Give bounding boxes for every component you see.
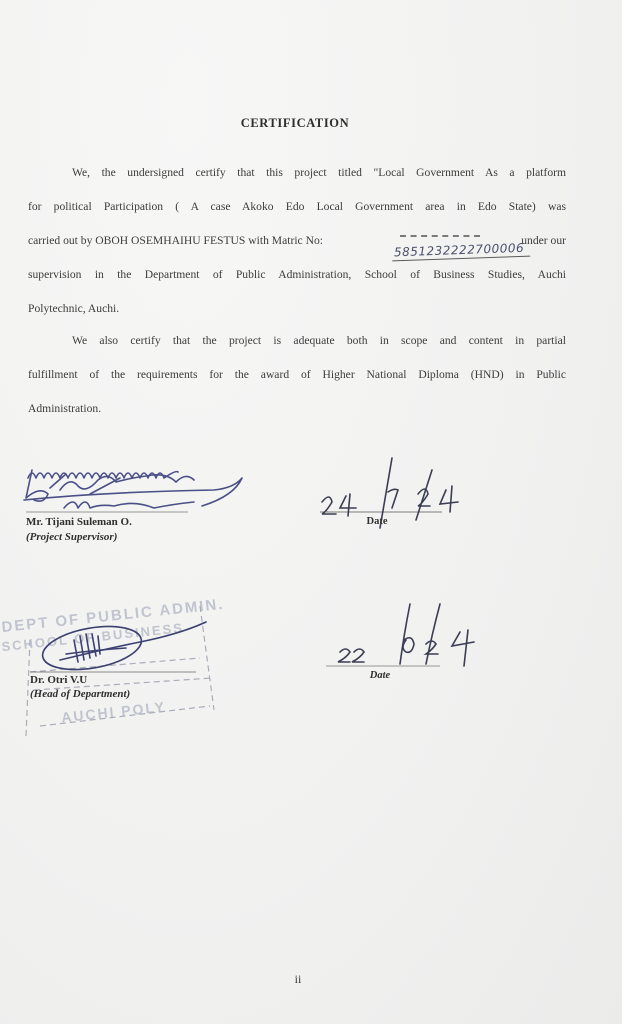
document-page: CERTIFICATION We, the undersigned certif… xyxy=(0,0,622,1024)
paragraph-line: We, the undersigned certify that this pr… xyxy=(28,156,566,190)
matric-intro-text: carried out by OBOH OSEMHAIHU FESTUS wit… xyxy=(28,234,323,247)
supervisor-signature-block: Mr. Tijani Suleman O. (Project Superviso… xyxy=(26,516,132,543)
paragraph-line: for political Participation ( A case Ako… xyxy=(28,190,566,224)
hod-date-block: Date xyxy=(326,670,440,681)
supervisor-date-block: Date xyxy=(320,516,442,527)
page-title: CERTIFICATION xyxy=(0,116,590,131)
supervisor-date-label: Date xyxy=(320,516,442,527)
hod-role: (Head of Department) xyxy=(30,688,130,700)
hod-date-label: Date xyxy=(326,670,440,681)
stamp-line: AUCHI POLY xyxy=(60,698,166,725)
hod-signature-icon xyxy=(0,0,622,1024)
page-number: ii xyxy=(0,972,596,987)
supervisor-name: Mr. Tijani Suleman O. xyxy=(26,516,132,528)
paragraph-line: Administration. xyxy=(28,392,566,426)
hod-signature-block: Dr. Otri V.U (Head of Department) xyxy=(30,674,130,700)
paragraph-line: Polytechnic, Auchi. xyxy=(28,292,566,326)
paragraph-line: We also certify that the project is adeq… xyxy=(28,324,566,358)
certification-paragraph-1: We, the undersigned certify that this pr… xyxy=(28,156,566,326)
paragraph-line: supervision in the Department of Public … xyxy=(28,258,566,292)
department-stamp: DEPT OF PUBLIC ADMIN. SCHOOL OF BUSINESS… xyxy=(0,583,223,744)
supervisor-role: (Project Supervisor) xyxy=(26,531,132,543)
scribbled-out-text xyxy=(400,235,480,240)
hod-name: Dr. Otri V.U xyxy=(30,674,130,686)
certification-paragraph-2: We also certify that the project is adeq… xyxy=(28,324,566,426)
supervisor-signature-icon xyxy=(0,0,622,1024)
paragraph-line: fulfillment of the requirements for the … xyxy=(28,358,566,392)
